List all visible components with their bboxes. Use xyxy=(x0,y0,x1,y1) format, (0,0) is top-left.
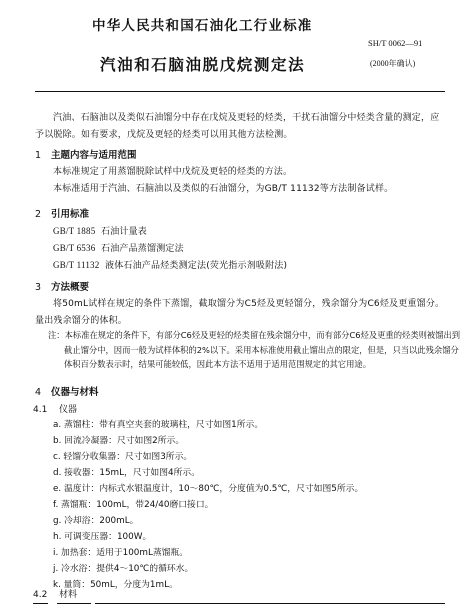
subsection-title: 仪器 xyxy=(59,405,77,415)
apparatus-item: j. 冷水浴：提供4～10℃的循环水。 xyxy=(53,561,193,574)
reference-code: GB/T 11132 xyxy=(53,257,105,274)
header-divider xyxy=(35,91,445,92)
section-1-paragraph-1: 本标准规定了用蒸馏脱除试样中戊烷及更轻的烃类的方法。 xyxy=(53,164,292,181)
apparatus-item: d. 接收器：15mL，尺寸如图4所示。 xyxy=(53,465,200,478)
section-title: 仪器与材料 xyxy=(51,387,99,398)
footer-rule-segment xyxy=(33,603,48,604)
section-3-paragraph: 将50mL试样在规定的条件下蒸馏，截取馏分为C5烃及更轻馏分，残余馏分为C6烃及… xyxy=(35,296,447,330)
apparatus-item: a. 蒸馏柱：带有真空夹套的玻璃柱，尺寸如图1所示。 xyxy=(53,417,263,430)
subsection-4-1-heading: 4.1仪器 xyxy=(33,402,77,415)
section-number: 3 xyxy=(35,282,51,293)
reference-code: GB/T 6536 xyxy=(53,240,101,257)
subsection-number: 4.1 xyxy=(33,405,59,415)
reference-item: GB/T 11132液体石油产品烃类测定法(荧光指示剂吸附法) xyxy=(53,257,287,275)
reference-name: 液体石油产品烃类测定法(荧光指示剂吸附法) xyxy=(105,261,287,271)
reference-name: 石油计量表 xyxy=(101,227,147,237)
section-number: 1 xyxy=(35,150,51,161)
section-number: 4 xyxy=(35,387,51,398)
footer-rule-segment xyxy=(57,603,91,604)
apparatus-item: b. 回流冷凝器：尺寸如图2所示。 xyxy=(53,433,184,446)
section-title: 主题内容与适用范围 xyxy=(51,150,137,161)
reference-code: GB/T 1885 xyxy=(53,223,101,240)
subsection-4-2-heading: 4.2材料 xyxy=(33,587,77,600)
intro-paragraph: 汽油、石脑油以及类似石油馏分中存在戊烷及更轻的烃类，干扰石油馏分中烃类含量的测定… xyxy=(35,110,447,144)
document-title: 汽油和石脑油脱戊烷测定法 xyxy=(100,53,305,75)
section-4-heading: 4仪器与材料 xyxy=(35,384,99,398)
issuing-organization: 中华人民共和国石油化工行业标准 xyxy=(92,14,313,34)
section-1-heading: 1主题内容与适用范围 xyxy=(35,147,137,161)
section-title: 方法概要 xyxy=(51,282,89,293)
section-1-paragraph-2: 本标准适用于汽油、石脑油以及类似的石油馏分，为GB/T 11132等方法制备试样… xyxy=(53,181,393,198)
reference-item: GB/T 1885石油计量表 xyxy=(53,223,147,241)
apparatus-item: g. 冷却浴：200mL。 xyxy=(53,513,138,526)
standard-code: SH/T 0062—91 xyxy=(368,38,422,48)
section-3-heading: 3方法概要 xyxy=(35,279,89,293)
reference-item: GB/T 6536石油产品蒸馏测定法 xyxy=(53,240,184,258)
apparatus-item: e. 温度计：内标式水银温度计，10～80℃，分度值为0.5℃，尺寸如图5所示。 xyxy=(53,481,363,494)
footer-rule-segment xyxy=(95,603,445,604)
apparatus-item: h. 可调变压器：100W。 xyxy=(53,529,151,542)
apparatus-item: i. 加热套：适用于100mL蒸馏瓶。 xyxy=(53,545,188,558)
section-3-note: 注：本标准在规定的条件下，有部分C6烃及更轻的烃类留在残余馏分中，而有部分C6烃… xyxy=(48,328,462,372)
section-title: 引用标准 xyxy=(51,209,89,220)
apparatus-item: f. 蒸馏瓶：100mL，带24/40磨口接口。 xyxy=(53,497,213,510)
confirmation-year: (2000年确认) xyxy=(370,58,415,69)
reference-name: 石油产品蒸馏测定法 xyxy=(101,244,184,254)
apparatus-item: c. 轻馏分收集器：尺寸如图3所示。 xyxy=(53,449,192,462)
subsection-number: 4.2 xyxy=(33,590,59,600)
section-number: 2 xyxy=(35,209,51,220)
section-2-heading: 2引用标准 xyxy=(35,206,89,220)
subsection-title: 材料 xyxy=(59,590,77,600)
